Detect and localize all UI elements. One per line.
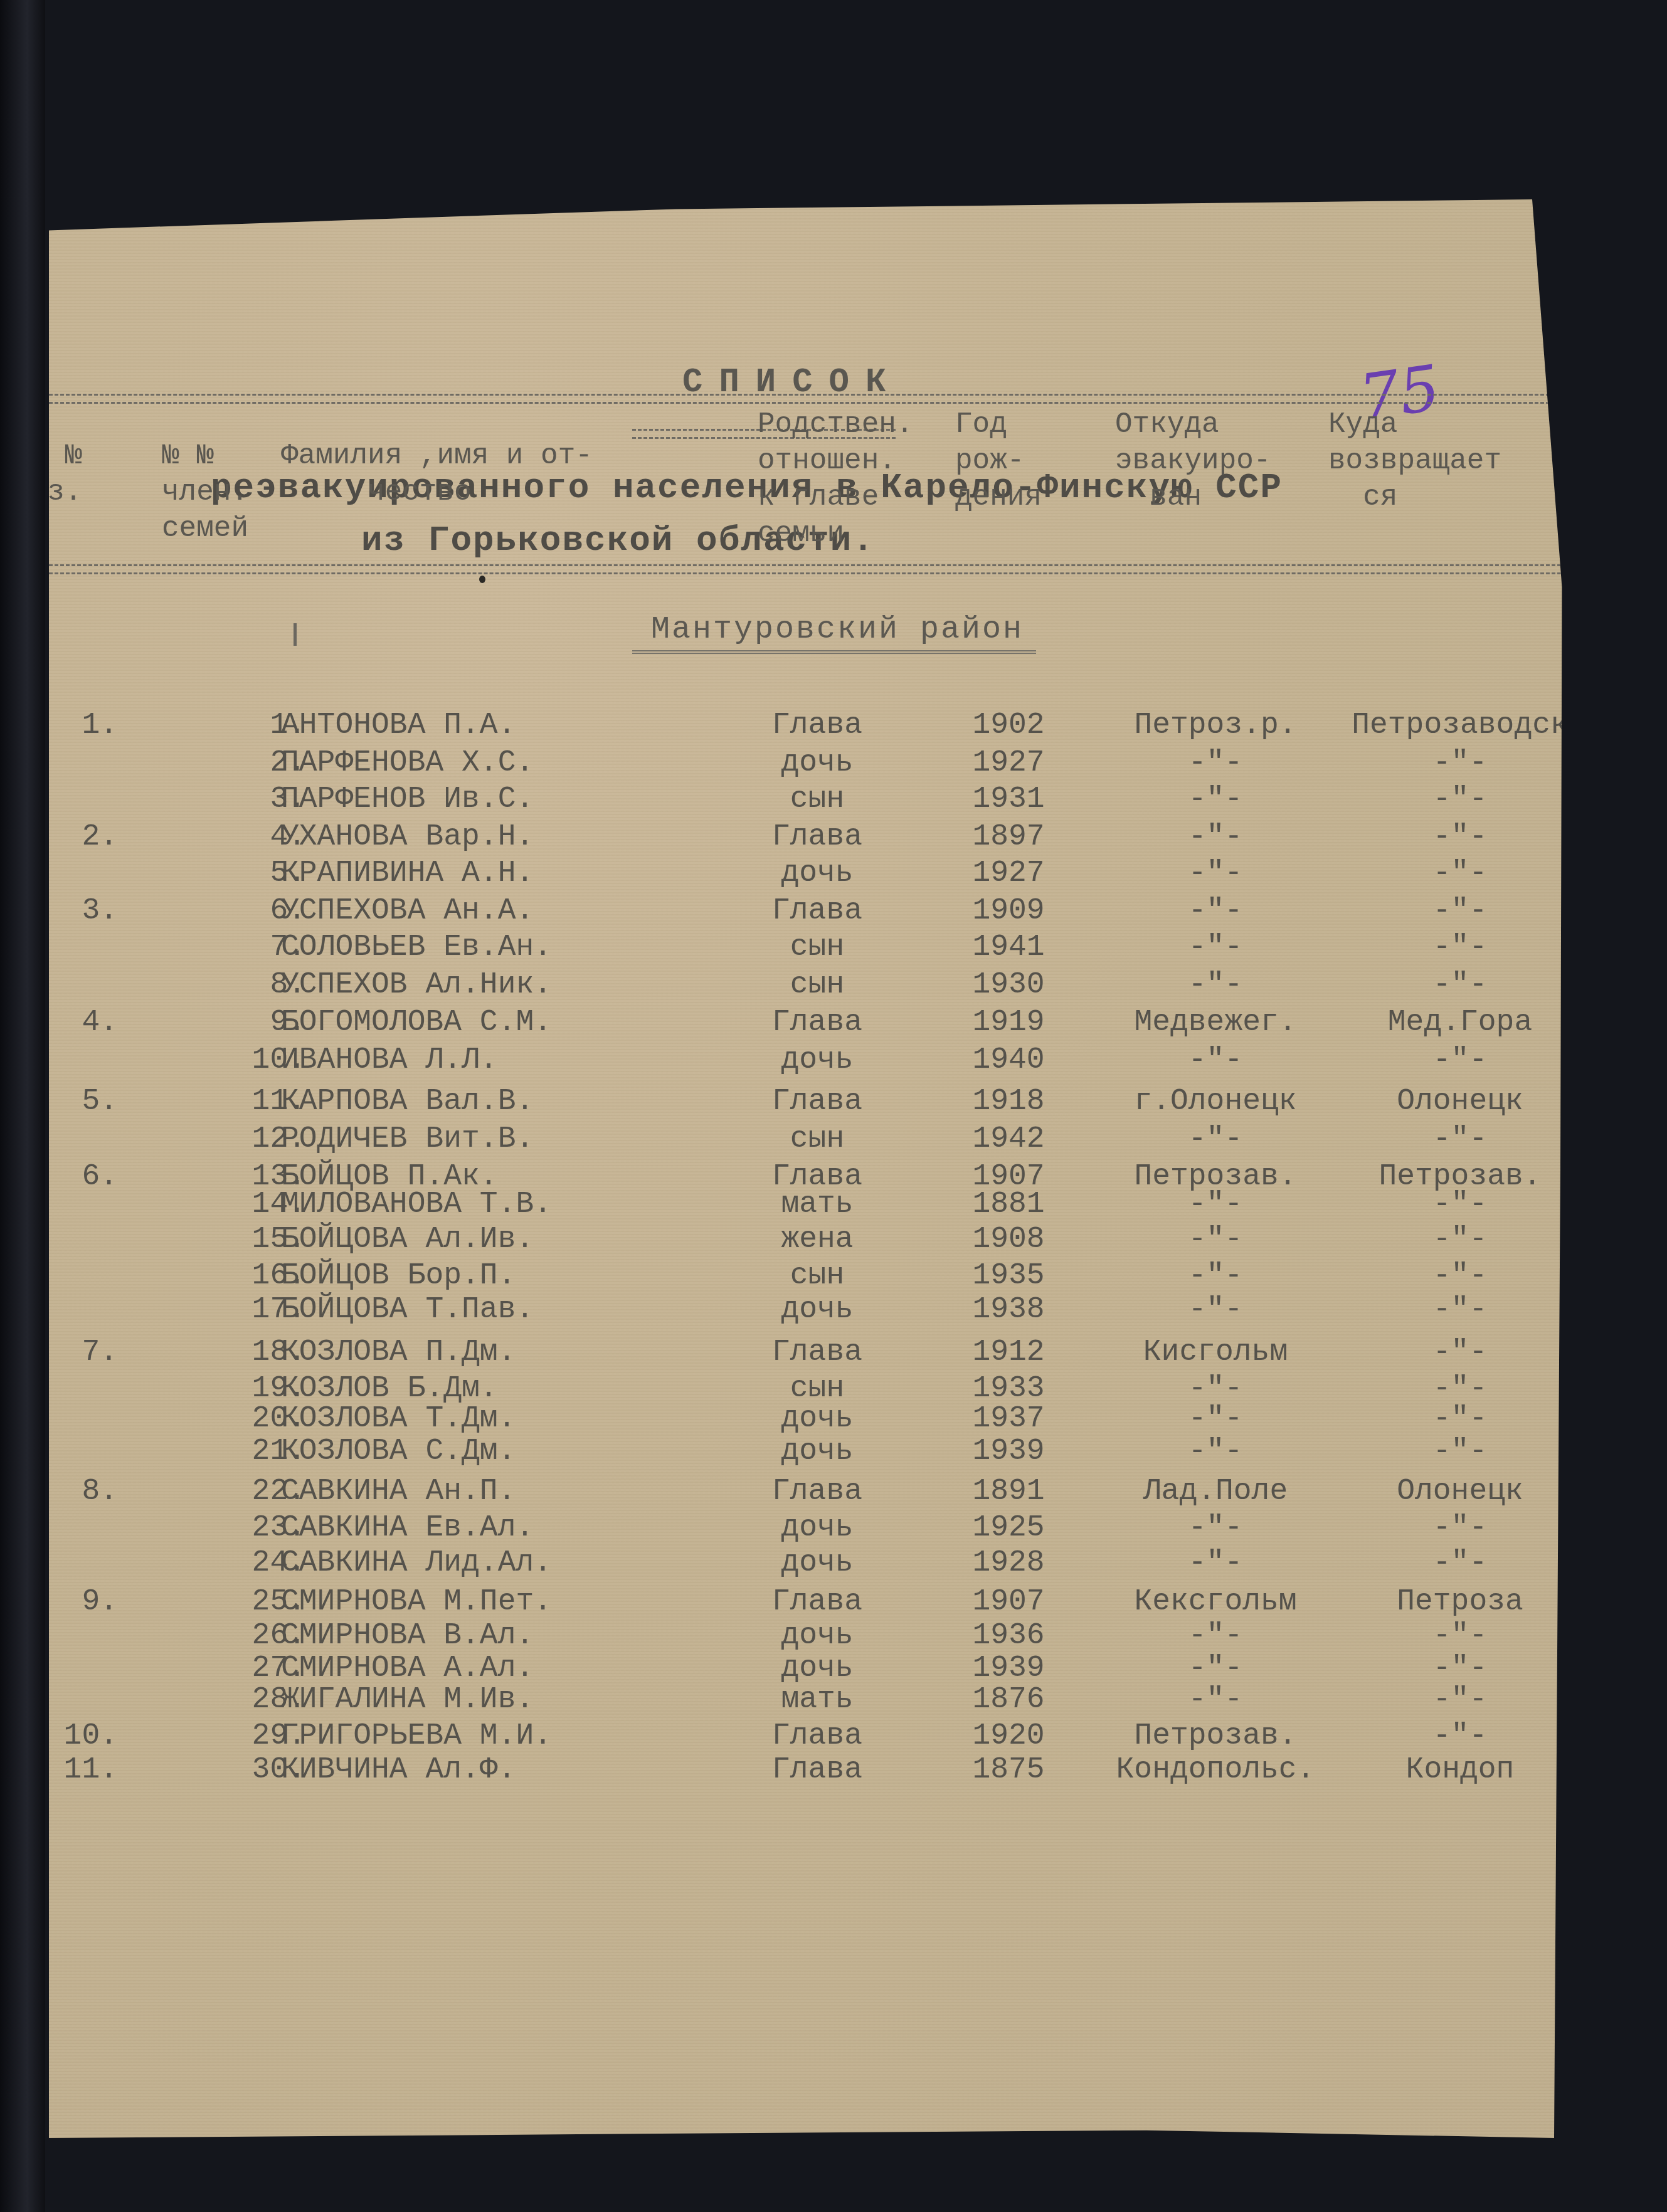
table-row: 24.САВКИНА Лид.Ал.дочь1928-"--"- xyxy=(49,1546,1579,1584)
person-name: УСПЕХОВА Ан.А. xyxy=(281,894,534,928)
returning-to: -"- xyxy=(1341,1402,1579,1436)
evacuated-from: -"- xyxy=(1090,894,1341,928)
returning-to: Петроза xyxy=(1341,1585,1579,1619)
returning-to: Олонецк xyxy=(1341,1475,1579,1509)
birth-year: 1937 xyxy=(952,1402,1065,1436)
person-name: БОЙЦОВ Бор.П. xyxy=(281,1259,516,1293)
table-row: 8.УСПЕХОВ Ал.Ник.сын1930-"--"- xyxy=(49,968,1579,1006)
header-relation: Родствен. отношен. к главе семьи xyxy=(758,406,913,552)
relation-to-head: дочь xyxy=(739,856,896,890)
person-name: ПАРФЕНОВА Х.С. xyxy=(281,746,534,780)
evacuated-from: Кисгольм xyxy=(1090,1335,1341,1369)
relation-to-head: мать xyxy=(739,1188,896,1221)
person-name: КИВЧИНА Ал.Ф. xyxy=(281,1753,516,1787)
evacuated-from: -"- xyxy=(1090,1683,1341,1717)
evacuated-from: -"- xyxy=(1090,1043,1341,1077)
returning-to: -"- xyxy=(1341,1188,1579,1221)
returning-to: -"- xyxy=(1341,746,1579,780)
returning-to: -"- xyxy=(1341,968,1579,1002)
person-name: ПАРФЕНОВ Ив.С. xyxy=(281,782,534,816)
birth-year: 1912 xyxy=(952,1335,1065,1369)
relation-to-head: дочь xyxy=(739,1043,896,1077)
relation-to-head: Глава xyxy=(739,1335,896,1369)
returning-to: Мед.Гора xyxy=(1341,1006,1579,1040)
returning-to: -"- xyxy=(1341,1043,1579,1077)
returning-to: -"- xyxy=(1341,1719,1579,1753)
evacuated-from: -"- xyxy=(1090,820,1341,854)
person-name: БОЙЦОВА Ал.Ив. xyxy=(281,1223,534,1256)
birth-year: 1933 xyxy=(952,1372,1065,1406)
birth-year: 1941 xyxy=(952,930,1065,964)
person-name: СМИРНОВА В.Ал. xyxy=(281,1619,534,1653)
person-name: СМИРНОВА М.Пет. xyxy=(281,1585,552,1619)
evacuated-from: -"- xyxy=(1090,968,1341,1002)
district-heading: Мантуровский район xyxy=(632,612,1036,654)
family-number: 4. xyxy=(49,1006,118,1040)
birth-year: 1909 xyxy=(952,894,1065,928)
table-row: 23.САВКИНА Ев.Ал.дочь1925-"--"- xyxy=(49,1511,1579,1549)
relation-to-head: дочь xyxy=(739,1293,896,1327)
document-page: СПИСОК 75 реэвакуированного населения в … xyxy=(49,199,1617,2138)
returning-to: -"- xyxy=(1341,820,1579,854)
table-row: 3.ПАРФЕНОВ Ив.С.сын1931-"--"- xyxy=(49,782,1579,820)
evacuated-from: -"- xyxy=(1090,856,1341,890)
returning-to: -"- xyxy=(1341,1619,1579,1653)
table-row: 12.РОДИЧЕВ Вит.В.сын1942-"--"- xyxy=(49,1122,1579,1160)
returning-to: Кондоп xyxy=(1341,1753,1579,1787)
person-name: ГРИГОРЬЕВА М.И. xyxy=(281,1719,552,1753)
evacuated-from: -"- xyxy=(1090,1619,1341,1653)
birth-year: 1927 xyxy=(952,746,1065,780)
table-row: 15.БОЙЦОВА Ал.Ив.жена1908-"--"- xyxy=(49,1223,1579,1260)
birth-year: 1875 xyxy=(952,1753,1065,1787)
relation-to-head: Глава xyxy=(739,1475,896,1509)
table-row: 2.ПАРФЕНОВА Х.С.дочь1927-"--"- xyxy=(49,746,1579,784)
evacuated-from: -"- xyxy=(1090,1651,1341,1685)
returning-to: -"- xyxy=(1341,1546,1579,1580)
header-returning-to: Куда возвращает ся xyxy=(1328,406,1501,515)
relation-to-head: Глава xyxy=(739,894,896,928)
birth-year: 1935 xyxy=(952,1259,1065,1293)
evacuated-from: -"- xyxy=(1090,1546,1341,1580)
evacuated-from: -"- xyxy=(1090,1293,1341,1327)
birth-year: 1927 xyxy=(952,856,1065,890)
person-name: САВКИНА Ан.П. xyxy=(281,1475,516,1509)
header-birth-year: Год рож- дения xyxy=(955,406,1042,515)
birth-year: 1919 xyxy=(952,1006,1065,1040)
relation-to-head: сын xyxy=(739,1259,896,1293)
relation-to-head: сын xyxy=(739,968,896,1002)
family-number: 3. xyxy=(49,894,118,928)
evacuated-from: Кондопольс. xyxy=(1090,1753,1341,1787)
returning-to: -"- xyxy=(1341,1435,1579,1468)
birth-year: 1897 xyxy=(952,820,1065,854)
header-rule-bottom xyxy=(49,564,1567,574)
returning-to: -"- xyxy=(1341,1293,1579,1327)
returning-to: -"- xyxy=(1341,1122,1579,1156)
person-name: КАРПОВА Вал.В. xyxy=(281,1085,534,1119)
table-row: 20.КОЗЛОВА Т.Дм.дочь1937-"--"- xyxy=(49,1402,1579,1440)
table-row: 26.СМИРНОВА В.Ал.дочь1936-"--"- xyxy=(49,1619,1579,1656)
table-row: 1.1.АНТОНОВА П.А.Глава1902Петроз.р.Петро… xyxy=(49,708,1579,746)
person-name: СОЛОВЬЕВ Ев.Ан. xyxy=(281,930,552,964)
table-row: 4.9.БОГОМОЛОВА С.М.Глава1919Медвежег.Мед… xyxy=(49,1006,1579,1043)
returning-to: -"- xyxy=(1341,856,1579,890)
relation-to-head: Глава xyxy=(739,1006,896,1040)
birth-year: 1928 xyxy=(952,1546,1065,1580)
person-name: КОЗЛОВА С.Дм. xyxy=(281,1435,516,1468)
returning-to: -"- xyxy=(1341,1335,1579,1369)
birth-year: 1939 xyxy=(952,1651,1065,1685)
evacuated-from: -"- xyxy=(1090,1223,1341,1256)
relation-to-head: Глава xyxy=(739,1085,896,1119)
evacuated-from: -"- xyxy=(1090,1402,1341,1436)
returning-to: -"- xyxy=(1341,1651,1579,1685)
table-row: 8.22.САВКИНА Ан.П.Глава1891Лад.ПолеОлоне… xyxy=(49,1475,1579,1512)
evacuated-from: -"- xyxy=(1090,1188,1341,1221)
header-member-no: № № член. семей xyxy=(162,438,248,547)
birth-year: 1940 xyxy=(952,1043,1065,1077)
returning-to: -"- xyxy=(1341,1683,1579,1717)
relation-to-head: Глава xyxy=(739,1585,896,1619)
returning-to: -"- xyxy=(1341,1259,1579,1293)
evacuated-from: -"- xyxy=(1090,1511,1341,1545)
table-row: 16.БОЙЦОВ Бор.П.сын1935-"--"- xyxy=(49,1259,1579,1297)
ink-dot xyxy=(479,576,485,583)
relation-to-head: жена xyxy=(739,1223,896,1256)
person-name: КОЗЛОВА П.Дм. xyxy=(281,1335,516,1369)
relation-to-head: сын xyxy=(739,1122,896,1156)
birth-year: 1907 xyxy=(952,1585,1065,1619)
relation-to-head: Глава xyxy=(739,708,896,742)
person-name: КОЗЛОВ Б.Дм. xyxy=(281,1372,498,1406)
evacuated-from: Лад.Поле xyxy=(1090,1475,1341,1509)
table-row: 14.МИЛОВАНОВА Т.В.мать1881-"--"- xyxy=(49,1188,1579,1225)
family-number: 5. xyxy=(49,1085,118,1119)
family-number: 8. xyxy=(49,1475,118,1509)
evacuated-from: -"- xyxy=(1090,1259,1341,1293)
birth-year: 1925 xyxy=(952,1511,1065,1545)
birth-year: 1942 xyxy=(952,1122,1065,1156)
header-name: Фамилия ,имя и от- чество xyxy=(281,438,593,510)
birth-year: 1918 xyxy=(952,1085,1065,1119)
birth-year: 1902 xyxy=(952,708,1065,742)
relation-to-head: дочь xyxy=(739,1435,896,1468)
header-evacuated-from: Откуда эвакуиро- ван xyxy=(1115,406,1271,515)
table-row: 2.4.УХАНОВА Вар.Н.Глава1897-"--"- xyxy=(49,820,1579,858)
family-number: 1. xyxy=(49,708,118,742)
person-name: УХАНОВА Вар.Н. xyxy=(281,820,534,854)
returning-to: -"- xyxy=(1341,1511,1579,1545)
person-name: УСПЕХОВ Ал.Ник. xyxy=(281,968,552,1002)
birth-year: 1908 xyxy=(952,1223,1065,1256)
relation-to-head: сын xyxy=(739,930,896,964)
table-row: 3.6.УСПЕХОВА Ан.А.Глава1909-"--"- xyxy=(49,894,1579,932)
evacuated-from: Петрозав. xyxy=(1090,1719,1341,1753)
family-number: 11. xyxy=(49,1753,118,1787)
person-name: КРАПИВИНА А.Н. xyxy=(281,856,534,890)
table-row: 10.29.ГРИГОРЬЕВА М.И.Глава1920Петрозав.-… xyxy=(49,1719,1579,1757)
evacuated-from: -"- xyxy=(1090,782,1341,816)
relation-to-head: дочь xyxy=(739,746,896,780)
relation-to-head: Глава xyxy=(739,1753,896,1787)
evacuated-from: -"- xyxy=(1090,930,1341,964)
birth-year: 1936 xyxy=(952,1619,1065,1653)
relation-to-head: дочь xyxy=(739,1402,896,1436)
evacuated-from: г.Олонецк xyxy=(1090,1085,1341,1119)
book-binding-edge xyxy=(0,0,45,2212)
table-row: 7.СОЛОВЬЕВ Ев.Ан.сын1941-"--"- xyxy=(49,930,1579,968)
relation-to-head: Глава xyxy=(739,820,896,854)
evacuated-from: -"- xyxy=(1090,746,1341,780)
returning-to: -"- xyxy=(1341,894,1579,928)
evacuated-from: Медвежег. xyxy=(1090,1006,1341,1040)
returning-to: -"- xyxy=(1341,782,1579,816)
evacuated-from: Петроз.р. xyxy=(1090,708,1341,742)
person-name: САВКИНА Лид.Ал. xyxy=(281,1546,552,1580)
table-row: 17.БОЙЦОВА Т.Пав.дочь1938-"--"- xyxy=(49,1293,1579,1330)
person-name: КОЗЛОВА Т.Дм. xyxy=(281,1402,516,1436)
birth-year: 1891 xyxy=(952,1475,1065,1509)
table-row: 10.ИВАНОВА Л.Л.дочь1940-"--"- xyxy=(49,1043,1579,1081)
table-row: 9.25.СМИРНОВА М.Пет.Глава1907КексгольмПе… xyxy=(49,1585,1579,1623)
person-name: СМИРНОВА А.Ал. xyxy=(281,1651,534,1685)
person-name: БОЙЦОВА Т.Пав. xyxy=(281,1293,534,1327)
relation-to-head: мать xyxy=(739,1683,896,1717)
returning-to: -"- xyxy=(1341,1372,1579,1406)
birth-year: 1920 xyxy=(952,1719,1065,1753)
family-number: 10. xyxy=(49,1719,118,1753)
table-row: 7.18.КОЗЛОВА П.Дм.Глава1912Кисгольм-"- xyxy=(49,1335,1579,1373)
person-name: ИВАНОВА Л.Л. xyxy=(281,1043,498,1077)
evacuated-from: -"- xyxy=(1090,1435,1341,1468)
evacuated-from: -"- xyxy=(1090,1372,1341,1406)
relation-to-head: сын xyxy=(739,1372,896,1406)
person-name: ЖИГАЛИНА М.Ив. xyxy=(281,1683,534,1717)
table-row: 28.ЖИГАЛИНА М.Ив.мать1876-"--"- xyxy=(49,1683,1579,1720)
returning-to: -"- xyxy=(1341,1223,1579,1256)
family-number: 2. xyxy=(49,820,118,854)
birth-year: 1939 xyxy=(952,1435,1065,1468)
table-row: 21.КОЗЛОВА С.Дм.дочь1939-"--"- xyxy=(49,1435,1579,1472)
relation-to-head: Глава xyxy=(739,1719,896,1753)
returning-to: Олонецк xyxy=(1341,1085,1579,1119)
person-name: САВКИНА Ев.Ал. xyxy=(281,1511,534,1545)
evacuated-from: -"- xyxy=(1090,1122,1341,1156)
relation-to-head: дочь xyxy=(739,1651,896,1685)
birth-year: 1881 xyxy=(952,1188,1065,1221)
relation-to-head: дочь xyxy=(739,1511,896,1545)
table-row: 5.КРАПИВИНА А.Н.дочь1927-"--"- xyxy=(49,856,1579,894)
relation-to-head: дочь xyxy=(739,1546,896,1580)
pencil-mark xyxy=(294,623,297,646)
birth-year: 1938 xyxy=(952,1293,1065,1327)
relation-to-head: дочь xyxy=(739,1619,896,1653)
header-rule-top xyxy=(49,394,1567,404)
person-name: МИЛОВАНОВА Т.В. xyxy=(281,1188,552,1221)
evacuated-from: Кексгольм xyxy=(1090,1585,1341,1619)
relation-to-head: сын xyxy=(739,782,896,816)
person-name: БОГОМОЛОВА С.М. xyxy=(281,1006,552,1040)
returning-to: -"- xyxy=(1341,930,1579,964)
person-name: АНТОНОВА П.А. xyxy=(281,708,516,742)
family-number: 9. xyxy=(49,1585,118,1619)
table-row: 11.30.КИВЧИНА Ал.Ф.Глава1875Кондопольс.К… xyxy=(49,1753,1579,1791)
family-number: 7. xyxy=(49,1335,118,1369)
returning-to: Петрозаводск xyxy=(1341,708,1579,742)
person-name: РОДИЧЕВ Вит.В. xyxy=(281,1122,534,1156)
table-row: 5.11.КАРПОВА Вал.В.Глава1918г.ОлонецкОло… xyxy=(49,1085,1579,1122)
birth-year: 1930 xyxy=(952,968,1065,1002)
birth-year: 1876 xyxy=(952,1683,1065,1717)
birth-year: 1931 xyxy=(952,782,1065,816)
